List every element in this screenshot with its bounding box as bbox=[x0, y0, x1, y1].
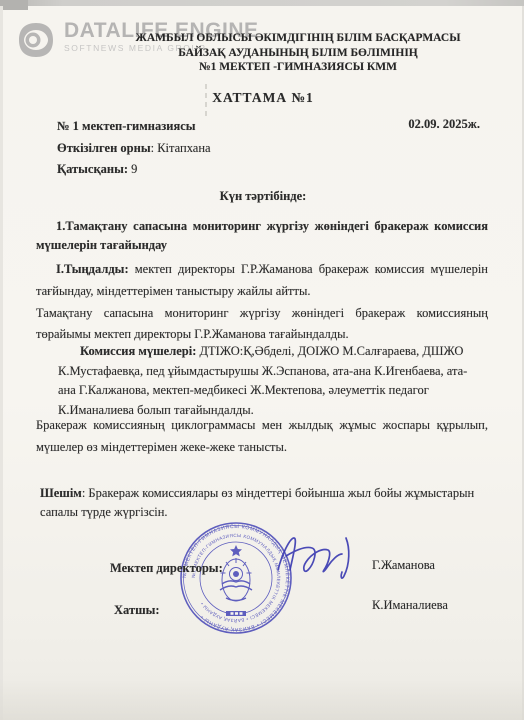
letterhead-line1: ЖАМБЫЛ ОБЛЫСЫ ӘКІМДІГІНІҢ БІЛІМ БАСҚАРМА… bbox=[78, 31, 518, 46]
paragraph-heard: І.Тыңдалды: мектеп директоры Г.Р.Жаманов… bbox=[36, 258, 488, 302]
location-row: Өткізілген орны: Кітапхана bbox=[57, 141, 211, 156]
document-body: ЖАМБЫЛ ОБЛЫСЫ ӘКІМДІГІНІҢ БІЛІМ БАСҚАРМА… bbox=[0, 0, 524, 720]
decision-text: : Бракераж комиссиялары өз міндеттері бо… bbox=[40, 486, 474, 519]
protocol-title: ХАТТАМА №1 bbox=[36, 90, 490, 106]
paragraph-chair: Тамақтану сапасына мониторинг жүргізу жө… bbox=[36, 303, 488, 345]
director-name: Г.Жаманова bbox=[372, 558, 435, 573]
paragraph-cyclogram: Бракераж комиссияның циклограммасы мен ж… bbox=[36, 414, 488, 458]
location-label: Өткізілген орны bbox=[57, 141, 151, 155]
paragraph-members: Комиссия мүшелері: ДТІЖО:Қ,Әбделі, ДОІЖО… bbox=[58, 342, 478, 420]
protocol-date: 02.09. 2025ж. bbox=[408, 117, 480, 132]
letterhead: ЖАМБЫЛ ОБЛЫСЫ ӘКІМДІГІНІҢ БІЛІМ БАСҚАРМА… bbox=[78, 31, 518, 75]
decision-label: Шешім bbox=[40, 486, 82, 500]
location-value: : Кітапхана bbox=[151, 141, 211, 155]
school-name: № 1 мектеп-гимназиясы bbox=[57, 119, 196, 134]
agenda-heading: Күн тәртібінде: bbox=[36, 189, 490, 204]
paragraph-decision: Шешім: Бракераж комиссиялары өз міндетте… bbox=[40, 484, 492, 521]
members-label: Комиссия мүшелері: bbox=[80, 344, 196, 358]
secretary-name: К.Иманалиева bbox=[372, 598, 448, 613]
letterhead-line3: №1 МЕКТЕП -ГИМНАЗИЯСЫ КММ bbox=[78, 60, 518, 75]
heard-label: І.Тыңдалды: bbox=[56, 262, 129, 276]
scanned-document-page: DATALIFE ENGINE SOFTNEWS MEDIA GROUP №1 … bbox=[0, 0, 524, 720]
director-signature-label: Мектеп директоры: bbox=[110, 561, 223, 576]
director-signature bbox=[272, 526, 368, 592]
attendees-row: Қатысқаны: 9 bbox=[57, 162, 137, 177]
attendees-value: 9 bbox=[128, 162, 137, 176]
attendees-label: Қатысқаны: bbox=[57, 162, 128, 176]
letterhead-line2: БАЙЗАҚ АУДАНЫНЫҢ БІЛІМ БӨЛІМІНІҢ bbox=[78, 46, 518, 61]
agenda-item-1: 1.Тамақтану сапасына мониторинг жүргізу … bbox=[36, 217, 488, 255]
secretary-signature-label: Хатшы: bbox=[114, 603, 160, 618]
